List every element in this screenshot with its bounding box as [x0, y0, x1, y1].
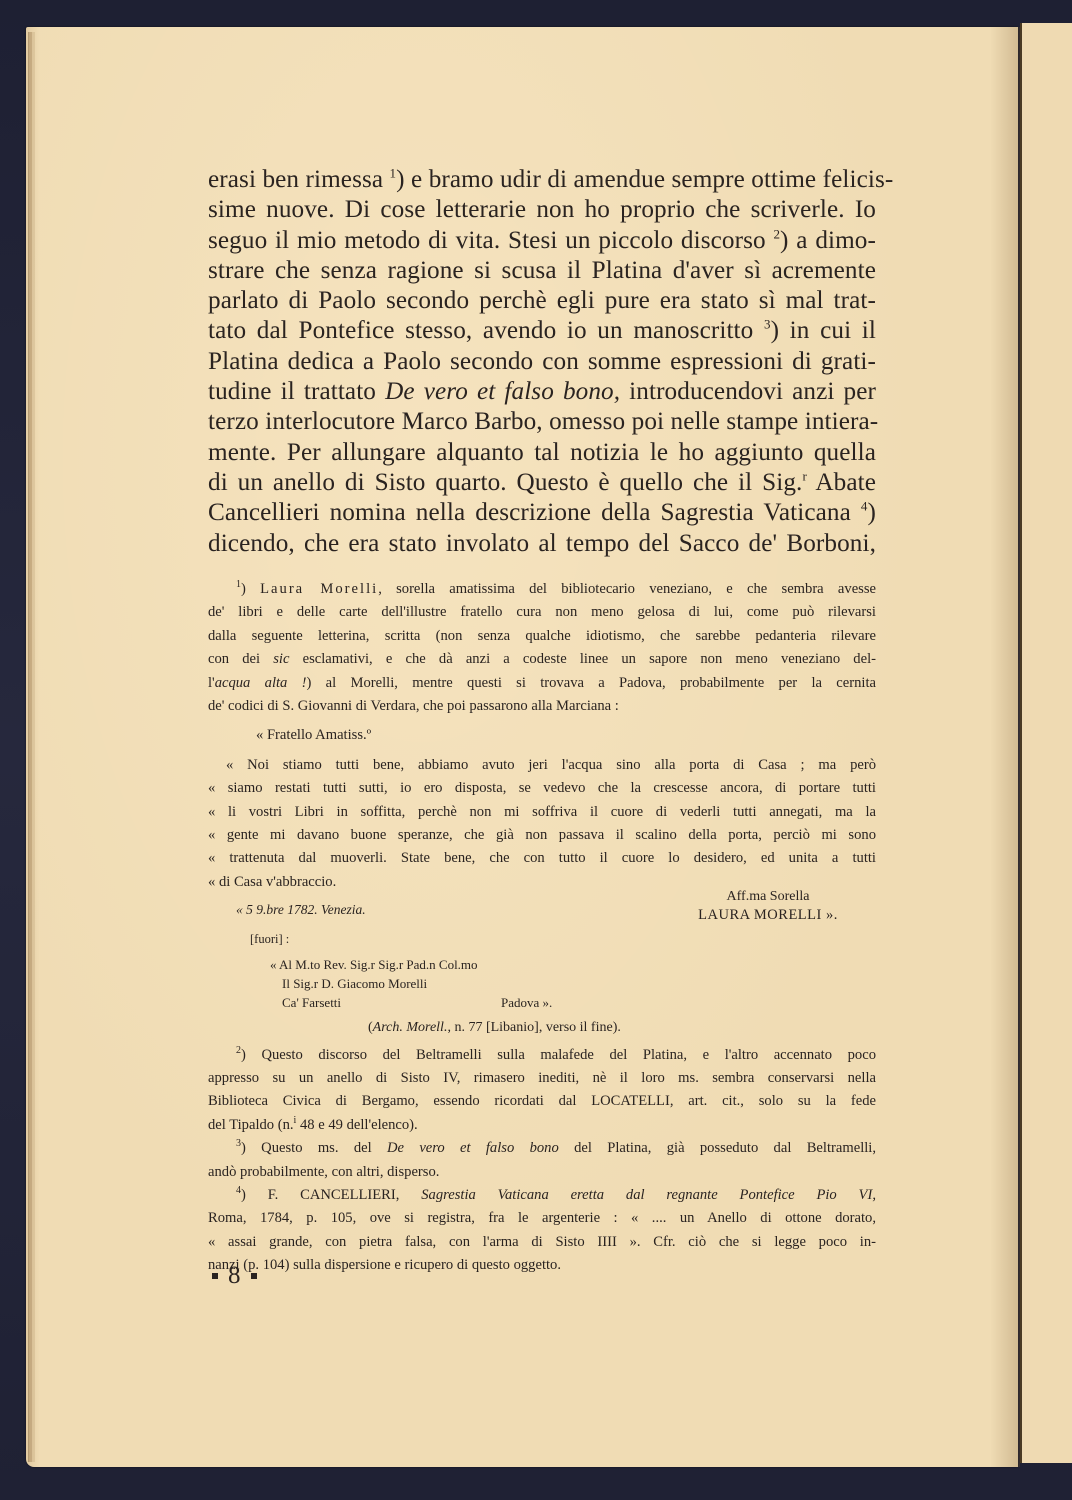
person-name-spaced: Laura Morelli — [260, 581, 378, 597]
adjacent-page-edge — [1020, 23, 1072, 1463]
square-ornament-icon — [212, 1273, 218, 1279]
footnote-ref-3[interactable]: 3 — [764, 317, 771, 332]
letter-line: « Noi stiamo tutti bene, abbiamo avuto j… — [208, 754, 876, 777]
body-line: tato dal Pontefice stesso, avendo io un … — [208, 316, 876, 346]
outside-label: [fuori] : — [208, 928, 876, 951]
footnote-line: andò probabilmente, con altri, disperso. — [208, 1161, 876, 1184]
footnote-line: de' codici di S. Giovanni di Verdara, ch… — [208, 695, 876, 718]
footnote-line: del Tipaldo (n.i 48 e 49 dell'elenco). — [208, 1114, 876, 1137]
letter-signature: LAURA MORELLI ». — [668, 906, 868, 924]
body-line: seguo il mio metodo di vita. Stesi un pi… — [208, 226, 876, 256]
footnote-line: « assai grande, con pietra falsa, con l'… — [208, 1231, 876, 1254]
body-line: di un anello di Sisto quarto. Questo è q… — [208, 468, 876, 498]
page-number: 8 — [212, 1262, 257, 1290]
letter-line: « gente mi davano buone speranze, che gi… — [208, 824, 876, 847]
address-line: « Al M.to Rev. Sig.r Sig.r Pad.n Col.mo — [208, 955, 876, 974]
body-line: mente. Per allungare alquanto tal notizi… — [208, 438, 876, 468]
footnote-line: nanzi (p. 104) sulla dispersione e ricup… — [208, 1254, 876, 1277]
letter-salutation: « Fratello Amatiss.º — [208, 724, 876, 747]
footnote-4: 4) F. CANCELLIERI, Sagrestia Vaticana er… — [208, 1184, 876, 1278]
body-line: parlato di Paolo secondo perchè egli pur… — [208, 286, 876, 316]
body-line: terzo interlocutore Marco Barbo, omesso … — [208, 407, 876, 437]
gutter-shadow — [990, 27, 1020, 1467]
archive-source: (Arch. Morell., n. 77 [Libanio], verso i… — [208, 1016, 876, 1039]
footnote-marker: 1 — [236, 579, 241, 590]
footnote-2: 2) Questo discorso del Beltramelli sulla… — [208, 1044, 876, 1138]
footnote-3: 3) Questo ms. del De vero et falso bono … — [208, 1137, 876, 1184]
footnote-line: con dei sic esclamativi, e che dà anzi a… — [208, 648, 876, 671]
quoted-letter: « Fratello Amatiss.º « Noi stiamo tutti … — [208, 724, 876, 1039]
footnote-line: dalla seguente letterina, scritta (non s… — [208, 625, 876, 648]
footnote-line: Roma, 1784, p. 105, ove si registra, fra… — [208, 1207, 876, 1230]
footnote-line: l'acqua alta !) al Morelli, mentre quest… — [208, 672, 876, 695]
body-line: Platina dedica a Paolo secondo con somme… — [208, 347, 876, 377]
body-line: dicendo, che era stato involato al tempo… — [208, 529, 876, 559]
square-ornament-icon — [251, 1273, 257, 1279]
body-line: strare che senza ragione si scusa il Pla… — [208, 256, 876, 286]
letter-line: « trattenuta dal muoverli. State bene, c… — [208, 847, 876, 870]
page-number-value: 8 — [228, 1262, 241, 1290]
footnote-ref-4[interactable]: 4 — [861, 499, 868, 514]
address-line: Ca' FarsettiPadova ». — [208, 993, 876, 1012]
address-city: Padova ». — [501, 995, 552, 1010]
letter-line: « siamo restati tutti sutti, io ero disp… — [208, 777, 876, 800]
footnote-line: de' libri e delle carte dell'illustre fr… — [208, 601, 876, 624]
footnote-line: Biblioteca Civica di Bergamo, essendo ri… — [208, 1090, 876, 1113]
footnote-line: appresso su un anello di Sisto IV, rimas… — [208, 1067, 876, 1090]
letter-signature-block: Aff.ma Sorella LAURA MORELLI ». — [668, 888, 868, 924]
body-line: sime nuove. Di cose letterarie non ho pr… — [208, 195, 876, 225]
footnotes-section: 1) Laura Morelli, sorella amatissima del… — [208, 578, 876, 1278]
body-line: erasi ben rimessa 1) e bramo udir di ame… — [208, 165, 876, 195]
address-line: Il Sig.r D. Giacomo Morelli — [208, 974, 876, 993]
body-line: Cancellieri nomina nella descrizione del… — [208, 498, 876, 528]
main-body-text: erasi ben rimessa 1) e bramo udir di ame… — [208, 165, 876, 559]
work-title-italic: De vero et falso bono, — [385, 378, 620, 405]
letter-closing: Aff.ma Sorella — [668, 888, 868, 906]
page-stack-edges — [28, 32, 39, 1462]
letter-line: « li vostri Libri in soffitta, perchè no… — [208, 801, 876, 824]
footnote-1: 1) Laura Morelli, sorella amatissima del… — [208, 578, 876, 718]
body-line: tudine il trattato De vero et falso bono… — [208, 377, 876, 407]
